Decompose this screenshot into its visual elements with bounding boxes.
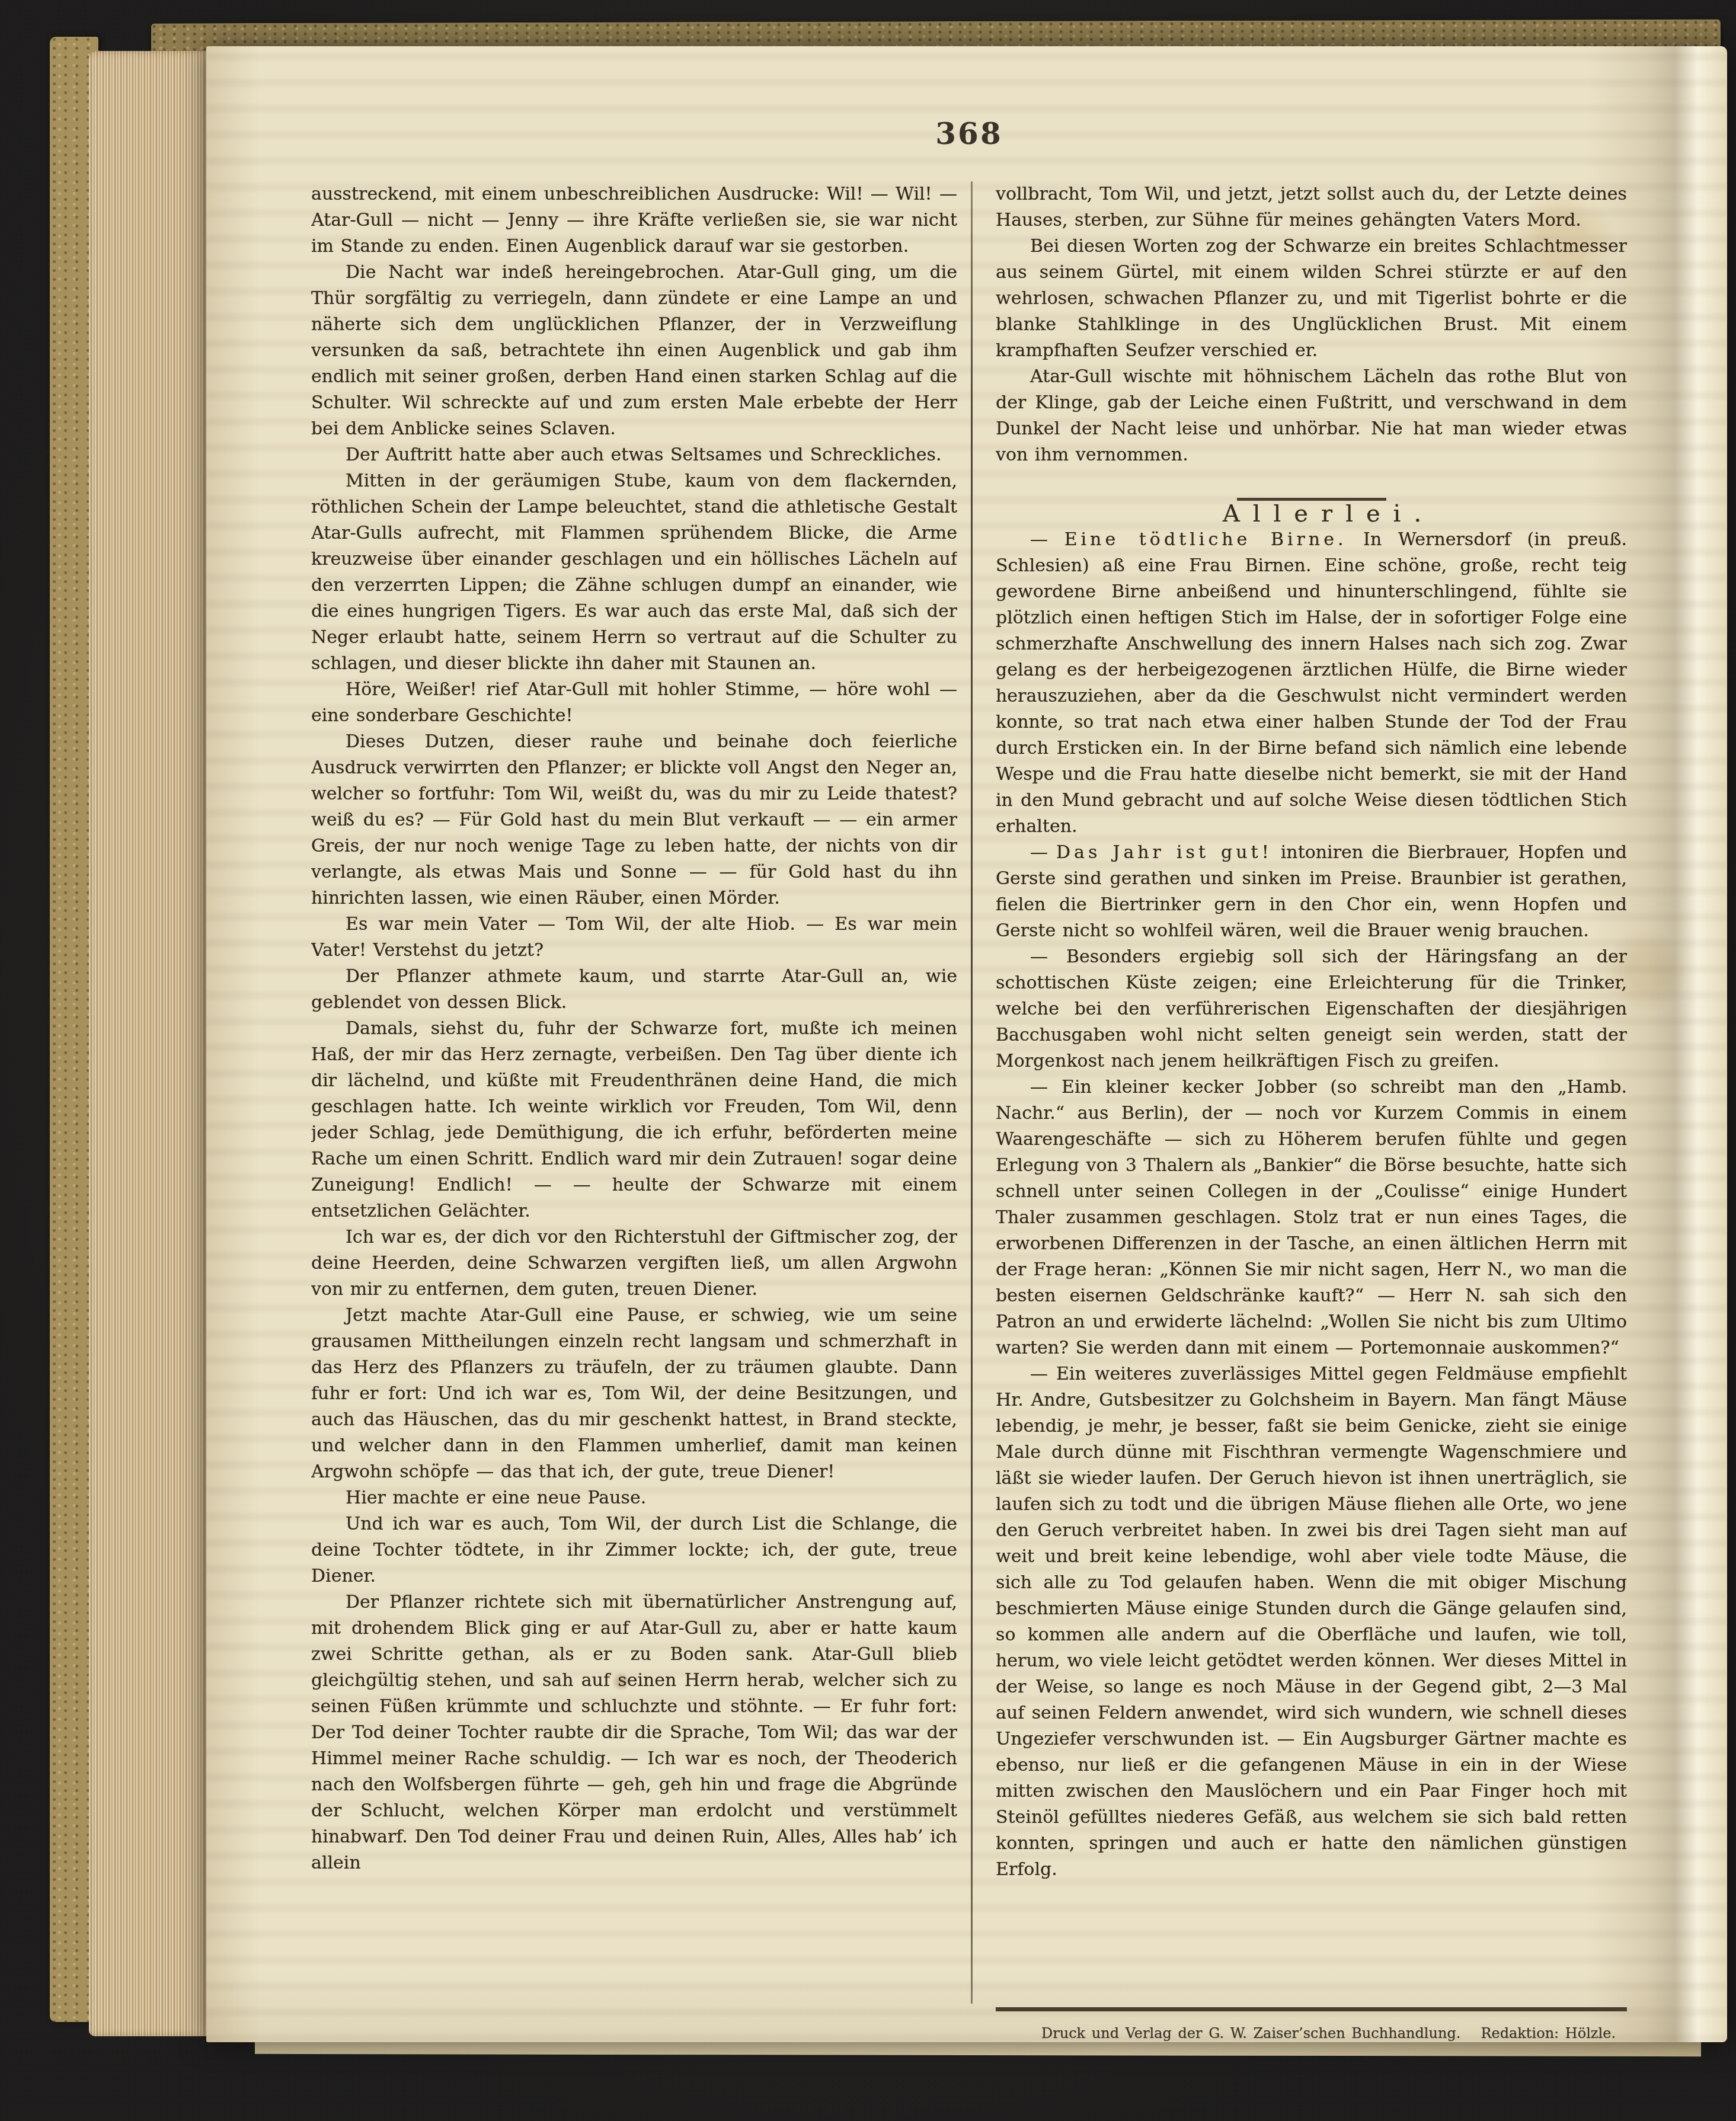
item-dash: — bbox=[1030, 946, 1048, 967]
right-column: vollbracht, Tom Wil, und jetzt, jetzt so… bbox=[996, 181, 1627, 2042]
story-paragraph: Damals, siehst du, fuhr der Schwarze for… bbox=[311, 1016, 957, 1224]
column-divider-rule bbox=[971, 181, 973, 2004]
item-text: Besonders ergiebig soll sich der Härings… bbox=[996, 946, 1627, 1071]
redaktion-text: Redaktion: Hölzle. bbox=[1481, 2025, 1616, 2042]
item-dash: — bbox=[1030, 529, 1048, 550]
item-text: In Wernersdorf (in preuß. Schlesien) aß … bbox=[996, 529, 1627, 837]
story-paragraph: Jetzt machte Atar-Gull eine Pause, er sc… bbox=[311, 1303, 957, 1485]
item-text: Ein kleiner kecker Jobber (so schreibt m… bbox=[996, 1077, 1627, 1358]
allerlei-item: — Das Jahr ist gut! intoniren die Bierbr… bbox=[996, 840, 1627, 944]
story-paragraph: Der Auftritt hatte aber auch etwas Selts… bbox=[311, 442, 957, 468]
page-number: 368 bbox=[311, 116, 1627, 151]
item-lead: Das Jahr ist gut! bbox=[1056, 842, 1273, 863]
section-title: Allerlei. bbox=[996, 501, 1627, 527]
imprint-footer: Druck und Verlag der G. W. Zaiser’schen … bbox=[996, 2007, 1627, 2042]
story-paragraph: Die Nacht war indeß hereingebrochen. Ata… bbox=[311, 260, 957, 442]
story-paragraph: Der Pflanzer athmete kaum, und starrte A… bbox=[311, 964, 957, 1016]
imprint-line: Druck und Verlag der G. W. Zaiser’schen … bbox=[996, 2024, 1627, 2042]
scanned-book-photo: { "page": { "number": "368", "story": { … bbox=[0, 0, 1736, 2121]
right-column-text: vollbracht, Tom Wil, und jetzt, jetzt so… bbox=[996, 181, 1627, 1883]
item-text: Ein weiteres zuverlässiges Mittel gegen … bbox=[996, 1364, 1627, 1880]
left-column: ausstreckend, mit einem unbeschreibliche… bbox=[311, 181, 957, 1876]
item-dash: — bbox=[1030, 842, 1048, 863]
item-lead: Eine tödtliche Birne. bbox=[1064, 529, 1347, 550]
allerlei-item: — Ein kleiner kecker Jobber (so schreibt… bbox=[996, 1074, 1627, 1361]
story-paragraph: vollbracht, Tom Wil, und jetzt, jetzt so… bbox=[996, 181, 1627, 233]
story-paragraph: Ich war es, der dich vor den Richterstuh… bbox=[311, 1224, 957, 1303]
story-paragraph: Dieses Dutzen, dieser rauhe und beinahe … bbox=[311, 729, 957, 911]
story-paragraph: Der Pflanzer richtete sich mit übernatür… bbox=[311, 1589, 957, 1876]
allerlei-item: — Eine tödtliche Birne. In Wernersdorf (… bbox=[996, 527, 1627, 840]
imprint-text: Druck und Verlag der G. W. Zaiser’schen … bbox=[1041, 2025, 1460, 2042]
book-page-stack-edge bbox=[89, 51, 210, 2036]
page-content: 368 ausstreckend, mit einem unbeschreibl… bbox=[311, 46, 1627, 2042]
story-paragraph: Bei diesen Worten zog der Schwarze ein b… bbox=[996, 233, 1627, 364]
allerlei-item: — Ein weiteres zuverlässiges Mittel gege… bbox=[996, 1361, 1627, 1883]
story-paragraph: Mitten in der geräumigen Stube, kaum von… bbox=[311, 468, 957, 677]
story-paragraph: ausstreckend, mit einem unbeschreibliche… bbox=[311, 181, 957, 260]
story-paragraph: Atar-Gull wischte mit höhnischem Lächeln… bbox=[996, 364, 1627, 468]
allerlei-item: — Besonders ergiebig soll sich der Härin… bbox=[996, 944, 1627, 1074]
item-dash: — bbox=[1030, 1077, 1048, 1098]
story-paragraph: Es war mein Vater — Tom Wil, der alte Hi… bbox=[311, 911, 957, 964]
item-dash: — bbox=[1030, 1364, 1048, 1384]
page-paper: 368 ausstreckend, mit einem unbeschreibl… bbox=[206, 46, 1727, 2042]
story-paragraph: Hier machte er eine neue Pause. bbox=[311, 1485, 957, 1511]
story-paragraph: Und ich war es auch, Tom Wil, der durch … bbox=[311, 1511, 957, 1589]
story-paragraph: Höre, Weißer! rief Atar-Gull mit hohler … bbox=[311, 677, 957, 729]
footer-rule bbox=[996, 2007, 1627, 2011]
